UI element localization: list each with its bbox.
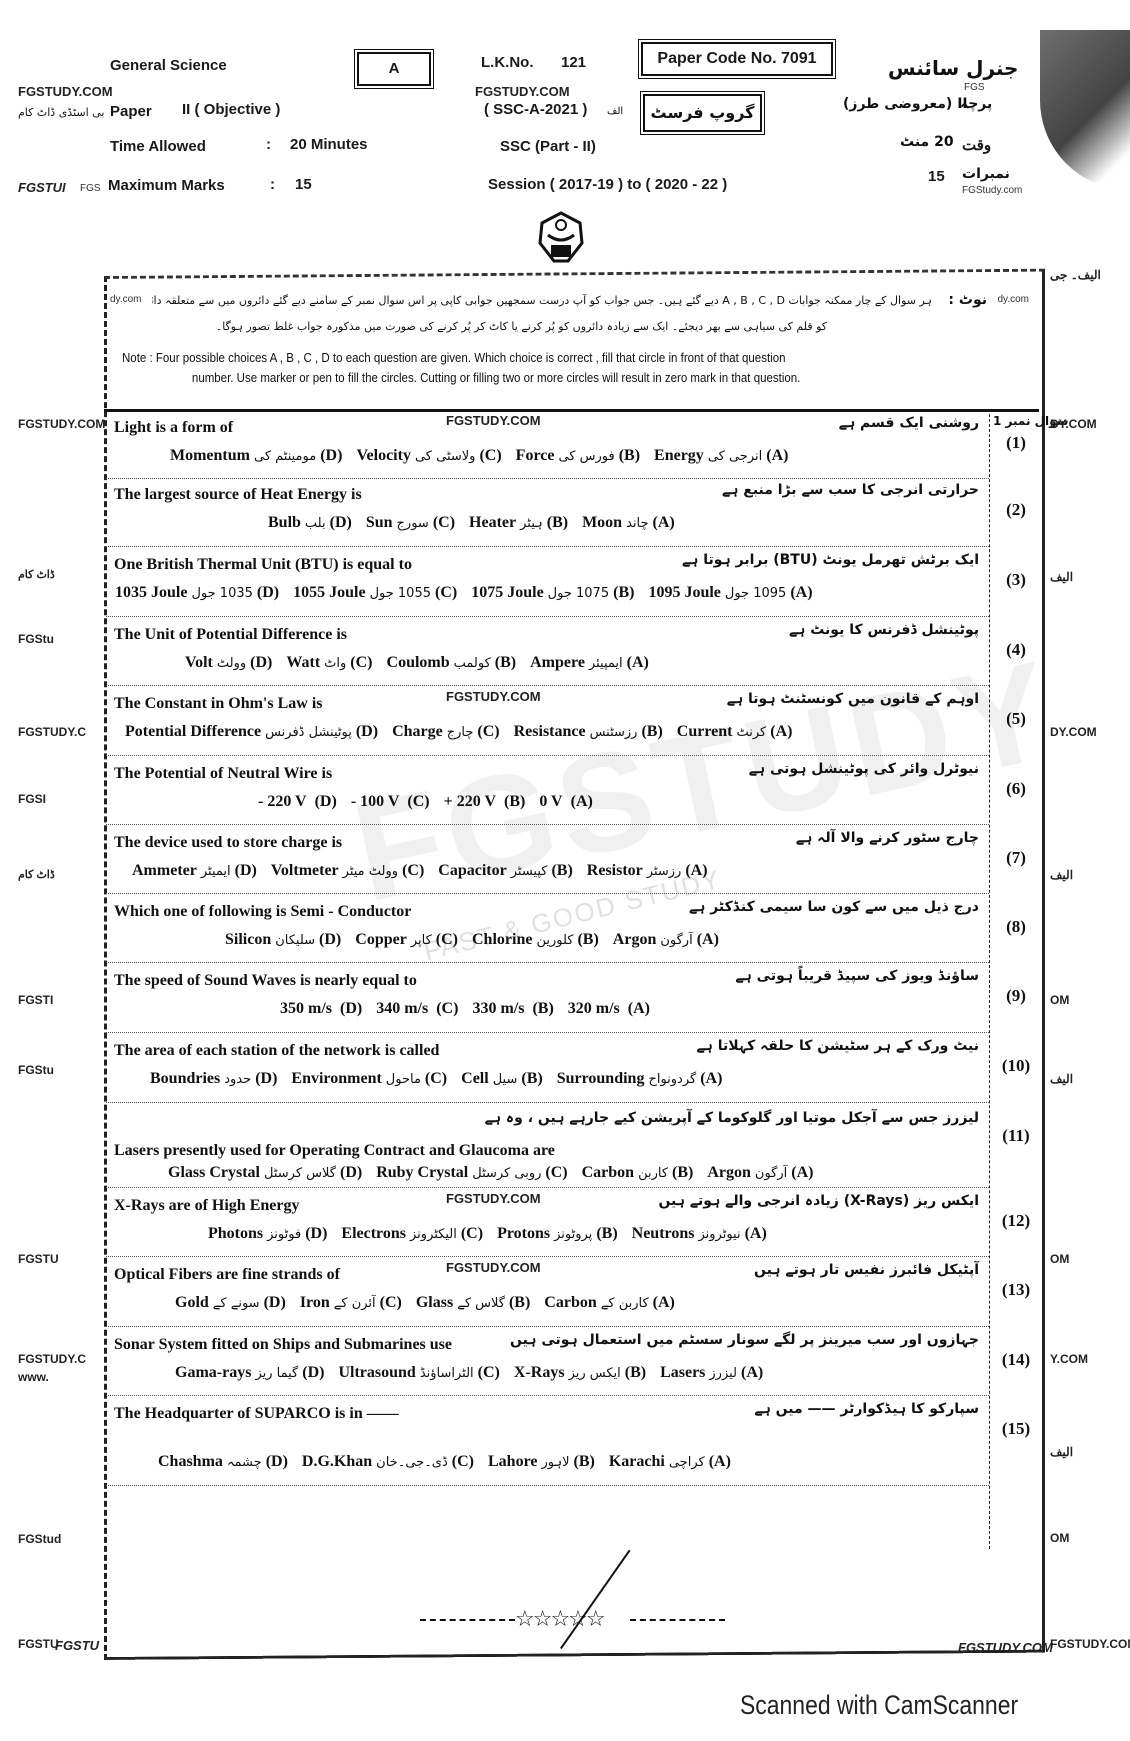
left-margin-watermark: FGStud (18, 1532, 61, 1546)
option-text-en: Gold (175, 1294, 209, 1311)
camscanner-label: Scanned with CamScanner (740, 1690, 1018, 1721)
right-margin-watermark: الیف۔ جی (1050, 268, 1101, 282)
question-text-urdu: نیوٹرل وائر کی پوٹینشل ہوتی ہے (749, 761, 979, 777)
option-a: Argonآرگون(A) (613, 931, 733, 948)
answer-options: Momentumمومینٹم کی(D)Velocityولاسٹی کی(C… (170, 447, 802, 465)
question-text-urdu: پوٹینشل ڈفرنس کا یونٹ ہے (789, 622, 979, 638)
right-margin-watermark: OM (1050, 1531, 1069, 1545)
option-letter: (C) (478, 1364, 514, 1381)
option-text-en: Ampere (530, 654, 585, 671)
note-text-en: Note : Four possible choices A , B , C ,… (122, 348, 950, 388)
question-row: The speed of Sound Waves is nearly equal… (106, 962, 989, 1033)
option-text-en: Electrons (341, 1225, 406, 1242)
note-label-urdu: نوٹ : (948, 292, 987, 308)
question-row: The Constant in Ohm's Law isاوہم کے قانو… (106, 685, 989, 756)
option-text-urdu: ولاسٹی کی (411, 449, 480, 464)
option-text-urdu: سلیکان (271, 933, 319, 948)
option-letter: (C) (425, 1070, 461, 1087)
answer-options: - 220 V(D)- 100 V(C)+ 220 V(B)0 V(A) (258, 793, 607, 811)
question-number: (8) (995, 917, 1037, 937)
option-text-urdu: ماحول (382, 1072, 425, 1087)
option-d: Chashmaچشمہ(D) (158, 1453, 302, 1470)
option-b: Protonsپروٹونز(B) (497, 1225, 632, 1242)
row-watermark: FGSTUDY.COM (446, 1191, 541, 1206)
option-letter: (B) (547, 514, 582, 531)
option-b: Coulombکولمب(B) (387, 654, 531, 671)
question-number: (11) (995, 1126, 1037, 1146)
option-d: 1035 Joule1035 جول(D) (115, 584, 293, 601)
option-letter: (C) (435, 584, 471, 601)
option-text-urdu: بلب (301, 516, 330, 531)
marks-urdu-value: 15 (928, 168, 945, 185)
watermark-left: FGSTUDY.COM (18, 84, 113, 99)
option-text-urdu: آرگون (751, 1166, 791, 1181)
question-row: The Potential of Neutral Wire isنیوٹرل و… (106, 755, 989, 825)
question-text-en: X-Rays are of High Energy (114, 1197, 299, 1215)
option-d: Siliconسلیکان(D) (225, 931, 355, 948)
option-a: Karachiکراچی(A) (609, 1453, 745, 1470)
option-letter: (B) (619, 447, 654, 464)
right-margin-watermark: OM (1050, 1252, 1069, 1266)
board-emblem-icon (538, 211, 584, 263)
option-text-en: Cell (461, 1070, 489, 1087)
option-a: Neutronsنیوٹرونز(A) (632, 1225, 781, 1242)
right-wm-url: FGStudy.com (962, 185, 1022, 196)
answer-options: 350 m/s(D)340 m/s(C)330 m/s(B)320 m/s(A) (280, 1000, 664, 1018)
option-text-urdu: 1055 جول (366, 586, 435, 601)
lk-no-value: 121 (561, 54, 586, 71)
question-row: Light is a form ofروشنی ایک قسم ہےFGSTUD… (106, 409, 989, 479)
option-c: - 100 V(C) (351, 793, 444, 810)
right-margin-watermark: الیف (1050, 570, 1073, 584)
option-b: Capacitorکپیسٹر(B) (438, 862, 587, 879)
option-b: Cellسیل(B) (461, 1070, 557, 1087)
option-text-urdu: گردونواح (644, 1072, 700, 1087)
option-d: Bulbبلب(D) (268, 514, 366, 531)
question-row: The largest source of Heat Energy isحرار… (106, 476, 989, 547)
option-c: Ruby Crystalروبی کرسٹل(C) (376, 1164, 581, 1181)
question-number: (4) (995, 640, 1037, 660)
right-wm-small: FGS (964, 82, 985, 93)
right-margin-watermark: Y.COM (1050, 1352, 1088, 1366)
left-margin-watermark: FGStu (18, 1063, 54, 1077)
option-text-urdu: وولٹ (213, 656, 250, 671)
option-letter: (D) (255, 1070, 291, 1087)
option-d: 350 m/s(D) (280, 1000, 376, 1017)
option-b: 330 m/s(B) (472, 1000, 567, 1017)
option-text-urdu: ہیٹر (516, 516, 547, 531)
option-d: Voltوولٹ(D) (185, 654, 286, 671)
subject-title-urdu: جنرل سائنس (888, 56, 1018, 80)
question-number: (10) (995, 1056, 1037, 1076)
option-letter: (D) (340, 1000, 376, 1017)
paper-label: Paper (110, 103, 152, 120)
footer-wm-right: FGSTUDY.COM (958, 1640, 1053, 1655)
question-row: The area of each station of the network … (106, 1032, 989, 1103)
option-text-urdu: لیزرز (705, 1366, 741, 1381)
question-number-column-rule (989, 409, 990, 1549)
question-text-en: The Potential of Neutral Wire is (114, 765, 332, 783)
option-text-urdu: گلاس کرسٹل (260, 1166, 340, 1181)
paper-version-box: A (357, 52, 431, 86)
question-row: The Unit of Potential Difference isپوٹین… (106, 616, 989, 686)
answer-options: Gama-raysگیما ریز(D)Ultrasoundالٹراساؤنڈ… (175, 1364, 777, 1382)
option-text-en: Argon (613, 931, 657, 948)
option-c: Voltmeterوولٹ میٹر(C) (271, 862, 438, 879)
watermark-center: FGSTUDY.COM (475, 84, 570, 99)
ssc-part: SSC (Part - II) (500, 138, 596, 155)
option-a: 1095 Joule1095 جول(A) (648, 584, 826, 601)
option-letter: (A) (766, 447, 802, 464)
option-text-en: Karachi (609, 1453, 665, 1470)
option-b: Heaterہیٹر(B) (469, 514, 582, 531)
option-letter: (B) (613, 584, 648, 601)
option-text-urdu: آرگون (656, 933, 696, 948)
option-letter: (A) (741, 1364, 777, 1381)
option-text-en: Silicon (225, 931, 271, 948)
option-b: Resistanceرزسٹنس(B) (514, 723, 677, 740)
left-margin-watermark: FGSTU (18, 1252, 59, 1266)
option-text-urdu: گلاس کے (453, 1296, 509, 1311)
left-margin-watermark: ڈاٹ کام (18, 868, 55, 881)
row-watermark: FGSTUDY.COM (446, 1260, 541, 1275)
question-text-urdu: ساؤنڈ ویوز کی سپیڈ قریباً ہوتی ہے (735, 968, 979, 984)
option-c: 1055 Joule1055 جول(C) (293, 584, 471, 601)
option-text-en: Boundries (150, 1070, 220, 1087)
option-a: Ampereایمپیئر(A) (530, 654, 663, 671)
option-text-en: Glass Crystal (168, 1164, 260, 1181)
option-text-urdu: مومینٹم کی (250, 449, 320, 464)
option-letter: (B) (532, 1000, 567, 1017)
option-text-urdu: سونے کے (209, 1296, 264, 1311)
option-text-en: 1035 Joule (115, 584, 187, 601)
option-text-urdu: کپیسٹر (507, 864, 552, 879)
option-letter: (A) (653, 1294, 689, 1311)
option-a: Carbonکاربن کے(A) (544, 1294, 689, 1311)
option-letter: (A) (627, 654, 663, 671)
option-letter: (D) (266, 1453, 302, 1470)
option-text-urdu: الیکٹرونز (406, 1227, 461, 1242)
question-text-en: The speed of Sound Waves is nearly equal… (114, 972, 417, 990)
option-text-urdu (620, 1002, 628, 1017)
option-text-en: Photons (208, 1225, 263, 1242)
option-text-urdu: کراچی (665, 1455, 709, 1470)
right-margin-watermark: الیف (1050, 1072, 1073, 1086)
question-number: (3) (995, 570, 1037, 590)
question-row: One British Thermal Unit (BTU) is equal … (106, 546, 989, 617)
option-letter: (A) (697, 931, 733, 948)
note-text-en-2: number. Use marker or pen to fill the ci… (122, 368, 950, 388)
option-letter: (B) (596, 1225, 631, 1242)
option-text-en: Momentum (170, 447, 250, 464)
question-text-en: The device used to store charge is (114, 834, 342, 852)
option-letter: (C) (479, 447, 515, 464)
option-text-urdu: رزسٹر (643, 864, 686, 879)
option-text-urdu: کولمب (450, 656, 495, 671)
option-letter: (A) (770, 723, 806, 740)
option-text-urdu (332, 1002, 340, 1017)
option-letter: (A) (791, 1164, 827, 1181)
option-letter: (D) (340, 1164, 376, 1181)
option-c: 340 m/s(C) (376, 1000, 472, 1017)
option-text-urdu: ایکس ریز (565, 1366, 625, 1381)
option-letter: (C) (477, 723, 513, 740)
option-text-en: Argon (707, 1164, 751, 1181)
row-watermark: FGSTUDY.COM (446, 413, 541, 428)
option-text-urdu: گیما ریز (251, 1366, 302, 1381)
option-letter: (C) (433, 514, 469, 531)
question-row: Which one of following is Semi - Conduct… (106, 893, 989, 963)
option-text-urdu (496, 795, 504, 810)
marks-urdu-label: نمبرات (962, 166, 1010, 182)
question-text-en: Optical Fibers are fine strands of (114, 1266, 340, 1284)
question-text-en: Which one of following is Semi - Conduct… (114, 903, 411, 921)
question-text-en: Lasers presently used for Operating Cont… (114, 1142, 555, 1160)
option-text-urdu: فوٹونز (263, 1227, 305, 1242)
question-number: (7) (995, 848, 1037, 868)
option-c: Ironآئرن کے(C) (300, 1294, 416, 1311)
question-number: (12) (995, 1211, 1037, 1231)
option-text-urdu: کلورین (532, 933, 577, 948)
option-text-urdu: کرنٹ (733, 725, 771, 740)
left-wm-small: FGS (80, 183, 101, 194)
time-allowed-value: 20 Minutes (290, 136, 368, 153)
option-a: Lasersلیزرز(A) (660, 1364, 777, 1381)
option-letter: (B) (504, 793, 539, 810)
option-text-en: Environment (291, 1070, 381, 1087)
option-text-en: Moon (582, 514, 622, 531)
option-d: Goldسونے کے(D) (175, 1294, 300, 1311)
option-letter: (B) (625, 1364, 660, 1381)
option-text-urdu: رزسٹنس (586, 725, 642, 740)
answer-options: Goldسونے کے(D)Ironآئرن کے(C)Glassگلاس کے… (175, 1294, 689, 1312)
option-c: Wattواٹ(C) (286, 654, 386, 671)
left-margin-watermark: FGSTU (18, 1637, 59, 1651)
option-text-en: Gama-rays (175, 1364, 251, 1381)
option-letter: (B) (574, 1453, 609, 1470)
question-row: Optical Fibers are fine strands ofآپٹیکل… (106, 1256, 989, 1327)
footer-stars: ☆☆☆☆☆ (515, 1607, 604, 1632)
question-text-en: The Headquarter of SUPARCO is in —— (114, 1405, 399, 1423)
question-text-en: The area of each station of the network … (114, 1042, 439, 1060)
option-text-en: Coulomb (387, 654, 450, 671)
option-text-urdu: سورج (393, 516, 433, 531)
question-text-urdu: اوہم کے قانون میں کونسٹنٹ ہوتا ہے (727, 691, 979, 707)
option-b: 1075 Joule1075 جول(B) (471, 584, 648, 601)
option-text-en: X-Rays (514, 1364, 565, 1381)
option-d: - 220 V(D) (258, 793, 351, 810)
alif-label: الف (607, 106, 623, 117)
option-text-en: Ruby Crystal (376, 1164, 468, 1181)
option-d: Photonsفوٹونز(D) (208, 1225, 341, 1242)
option-b: Carbonکاربن(B) (582, 1164, 708, 1181)
left-margin-watermark: ڈاٹ کام (18, 568, 55, 581)
option-letter: (C) (436, 931, 472, 948)
option-letter: (B) (495, 654, 530, 671)
option-text-en: Volt (185, 654, 213, 671)
option-letter: (D) (356, 723, 392, 740)
option-letter: (A) (653, 514, 689, 531)
option-text-urdu: چارج (443, 725, 478, 740)
max-marks-value: 15 (295, 176, 312, 193)
question-number: (14) (995, 1350, 1037, 1370)
option-text-en: Heater (469, 514, 516, 531)
question-text-urdu: جہازوں اور سب میرینز پر لگے سونار سسٹم م… (510, 1332, 979, 1348)
option-text-urdu: فورس کی (554, 449, 618, 464)
option-text-en: 1095 Joule (648, 584, 720, 601)
option-b: Forceفورس کی(B) (516, 447, 654, 464)
left-margin-watermark: www. (18, 1370, 49, 1384)
option-a: Currentکرنٹ(A) (677, 723, 807, 740)
left-margin-watermark: FGSTUDY.C (18, 1352, 86, 1366)
right-margin-watermark: الیف (1050, 1445, 1073, 1459)
option-letter: (B) (551, 862, 586, 879)
option-letter: (A) (745, 1225, 781, 1242)
option-text-en: Voltmeter (271, 862, 339, 879)
paper-urdu-value: II (معروضی طرز) (843, 96, 968, 112)
option-letter: (D) (257, 584, 293, 601)
option-text-en: + 220 V (444, 793, 496, 810)
option-letter: (C) (380, 1294, 416, 1311)
option-text-en: Chlorine (472, 931, 532, 948)
left-margin-watermark: FGSTUDY.COM (18, 417, 105, 431)
option-a: Resistorرزسٹر(A) (587, 862, 722, 879)
question-text-en: The Constant in Ohm's Law is (114, 695, 323, 713)
question-text-urdu: لیزرز جس سے آجکل موتیا اور گلوکوما کے آپ… (485, 1110, 979, 1126)
question-number: (2) (995, 500, 1037, 520)
option-d: Boundriesحدود(D) (150, 1070, 291, 1087)
option-text-urdu: الٹراساؤنڈ (416, 1366, 478, 1381)
option-c: Ultrasoundالٹراساؤنڈ(C) (338, 1364, 513, 1381)
question-text-urdu: آپٹیکل فائبرز نفیس تار ہوتے ہیں (754, 1262, 979, 1278)
note-text-urdu-1: ہر سوال کے چار ممکنہ جوابات A , B , C , … (152, 294, 932, 307)
option-text-en: 320 m/s (568, 1000, 620, 1017)
option-text-en: Charge (392, 723, 443, 740)
option-text-en: 350 m/s (280, 1000, 332, 1017)
option-text-urdu: انرجی کی (704, 449, 766, 464)
option-letter: (A) (685, 862, 721, 879)
option-c: Chargeچارج(C) (392, 723, 514, 740)
option-text-en: Capacitor (438, 862, 506, 879)
option-text-urdu: وولٹ میٹر (339, 864, 402, 879)
option-b: + 220 V(B) (444, 793, 540, 810)
question-row: The Headquarter of SUPARCO is in ——سپارک… (106, 1395, 989, 1486)
option-text-en: - 100 V (351, 793, 400, 810)
option-letter: (A) (709, 1453, 745, 1470)
max-marks-label: Maximum Marks (108, 177, 225, 194)
left-wm-bottom: FGSTUI (18, 180, 66, 195)
answer-options: 1035 Joule1035 جول(D)1055 Joule1055 جول(… (115, 584, 827, 602)
option-text-urdu: چشمہ (223, 1455, 266, 1470)
option-letter: (D) (264, 1294, 300, 1311)
option-text-en: 1055 Joule (293, 584, 365, 601)
answer-options: Glass Crystalگلاس کرسٹل(D)Ruby Crystalرو… (168, 1164, 827, 1182)
question-text-en: Sonar System fitted on Ships and Submari… (114, 1336, 452, 1354)
option-text-en: Surrounding (557, 1070, 645, 1087)
paper-code-box: Paper Code No. 7091 (641, 42, 833, 76)
option-c: Environmentماحول(C) (291, 1070, 461, 1087)
option-d: Potential Differenceپوٹینشل ڈفرنس(D) (125, 723, 392, 740)
option-text-en: Velocity (356, 447, 411, 464)
note-wm-right: dy.com (998, 294, 1030, 305)
left-margin-watermark: FGSI (18, 792, 46, 806)
question-number: (9) (995, 986, 1037, 1006)
option-text-en: - 220 V (258, 793, 307, 810)
option-text-en: Glass (416, 1294, 453, 1311)
time-allowed-label: Time Allowed (110, 138, 206, 155)
question-text-urdu: درج ذیل میں سے کون سا سیمی کنڈکٹر ہے (689, 899, 979, 915)
group-box: گروپ فرسٹ (643, 94, 762, 132)
option-text-en: Neutrons (632, 1225, 695, 1242)
right-margin-watermark: DY.COM (1050, 417, 1097, 431)
question-text-urdu: ایک برٹش تھرمل یونٹ (BTU) برابر ہوتا ہے (682, 552, 979, 568)
question-text-en: One British Thermal Unit (BTU) is equal … (114, 556, 412, 574)
option-letter: (A) (700, 1070, 736, 1087)
instructions-note: dy.com dy.com نوٹ : ہر سوال کے چار ممکنہ… (112, 288, 1027, 403)
question-text-en: The largest source of Heat Energy is (114, 486, 362, 504)
answer-options: Chashmaچشمہ(D)D.G.Khanڈی۔جی۔خان(C)Lahore… (158, 1453, 745, 1471)
option-text-en: Watt (286, 654, 320, 671)
option-text-urdu (563, 795, 571, 810)
option-text-urdu: ایمپیئر (585, 656, 627, 671)
option-letter: (B) (577, 931, 612, 948)
question-number: (13) (995, 1280, 1037, 1300)
question-text-en: Light is a form of (114, 419, 233, 437)
option-text-en: Ammeter (132, 862, 197, 879)
question-text-urdu: ایکس ریز (X-Rays) زیادہ انرجی والے ہوتے … (658, 1193, 979, 1209)
option-letter: (C) (461, 1225, 497, 1242)
subject-title-en: General Science (110, 57, 227, 74)
option-letter: (D) (235, 862, 271, 879)
option-a: Argonآرگون(A) (707, 1164, 827, 1181)
lk-no-label: L.K.No. (481, 54, 534, 71)
option-b: Glassگلاس کے(B) (416, 1294, 544, 1311)
option-d: Momentumمومینٹم کی(D) (170, 447, 356, 464)
option-letter: (B) (521, 1070, 556, 1087)
option-letter: (D) (305, 1225, 341, 1242)
option-letter: (C) (452, 1453, 488, 1470)
option-text-urdu: پوٹینشل ڈفرنس (261, 725, 356, 740)
option-text-en: Copper (355, 931, 407, 948)
right-margin-watermark: FGSTUDY.COM (1050, 1637, 1130, 1651)
note-text-en-1: Note : Four possible choices A , B , C ,… (122, 351, 785, 365)
time-urdu-value: 20 منٹ (900, 134, 954, 150)
question-text-en: The Unit of Potential Difference is (114, 626, 347, 644)
answer-options: Ammeterایمیٹر(D)Voltmeterوولٹ میٹر(C)Cap… (132, 862, 722, 880)
option-letter: (D) (302, 1364, 338, 1381)
time-sep: : (266, 136, 271, 153)
option-a: Energyانرجی کی(A) (654, 447, 802, 464)
option-text-urdu: کاپر (407, 933, 436, 948)
question-number: (5) (995, 709, 1037, 729)
option-b: Chlorineکلورین(B) (472, 931, 613, 948)
option-letter: (D) (319, 931, 355, 948)
footer-wm-left: FGSTU (55, 1638, 99, 1653)
footer-dash-right (630, 1619, 725, 1621)
note-wm-left: dy.com (110, 294, 142, 305)
option-c: Velocityولاسٹی کی(C) (356, 447, 515, 464)
option-a: 320 m/s(A) (568, 1000, 664, 1017)
left-wm-urdu: بی اسٹڈی ڈاٹ کام (18, 106, 104, 119)
right-margin-watermark: الیف (1050, 868, 1073, 882)
left-margin-watermark: FGSTI (18, 993, 53, 1007)
option-text-en: 1075 Joule (471, 584, 543, 601)
option-c: D.G.Khanڈی۔جی۔خان(C) (302, 1453, 488, 1470)
option-text-en: Chashma (158, 1453, 223, 1470)
option-text-urdu: چاند (622, 516, 652, 531)
option-text-urdu: کاربن (634, 1166, 672, 1181)
option-text-en: Resistance (514, 723, 586, 740)
